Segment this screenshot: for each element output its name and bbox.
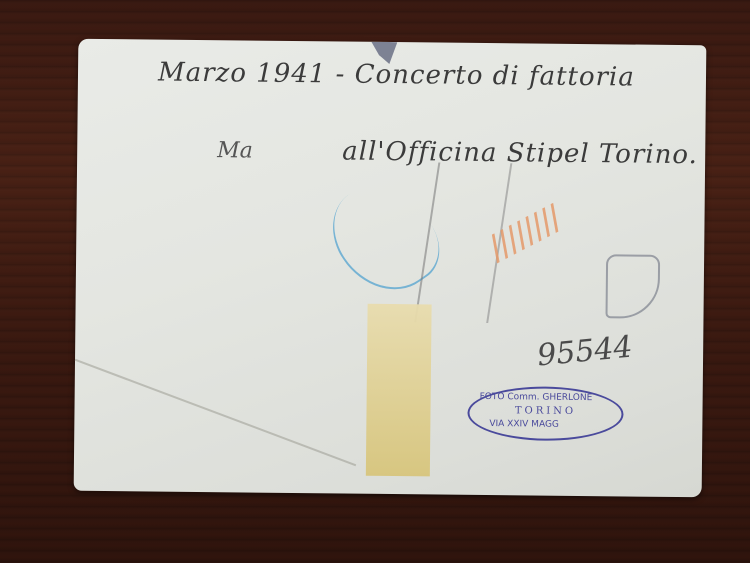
stamp-line-3: VIA XXIV MAGG [489, 419, 559, 430]
pencil-sketch [605, 254, 660, 319]
crease-line [75, 359, 357, 466]
catalog-number: 95544 [536, 330, 634, 374]
handwriting-line-2: all'Officina Stipel Torino. [342, 136, 698, 170]
pencil-mark: Ma [217, 138, 253, 163]
stamp-line-2: TORINO [469, 405, 621, 418]
photographer-stamp: FOTO Comm. GHERLONE TORINO VIA XXIV MAGG [467, 386, 624, 442]
photo-back-card: Marzo 1941 - Concerto di fattoria all'Of… [74, 39, 707, 498]
stamp-line-1: FOTO Comm. GHERLONE [480, 392, 593, 403]
handwriting-line-1: Marzo 1941 - Concerto di fattoria [158, 58, 635, 93]
yellowed-tape [366, 304, 432, 477]
